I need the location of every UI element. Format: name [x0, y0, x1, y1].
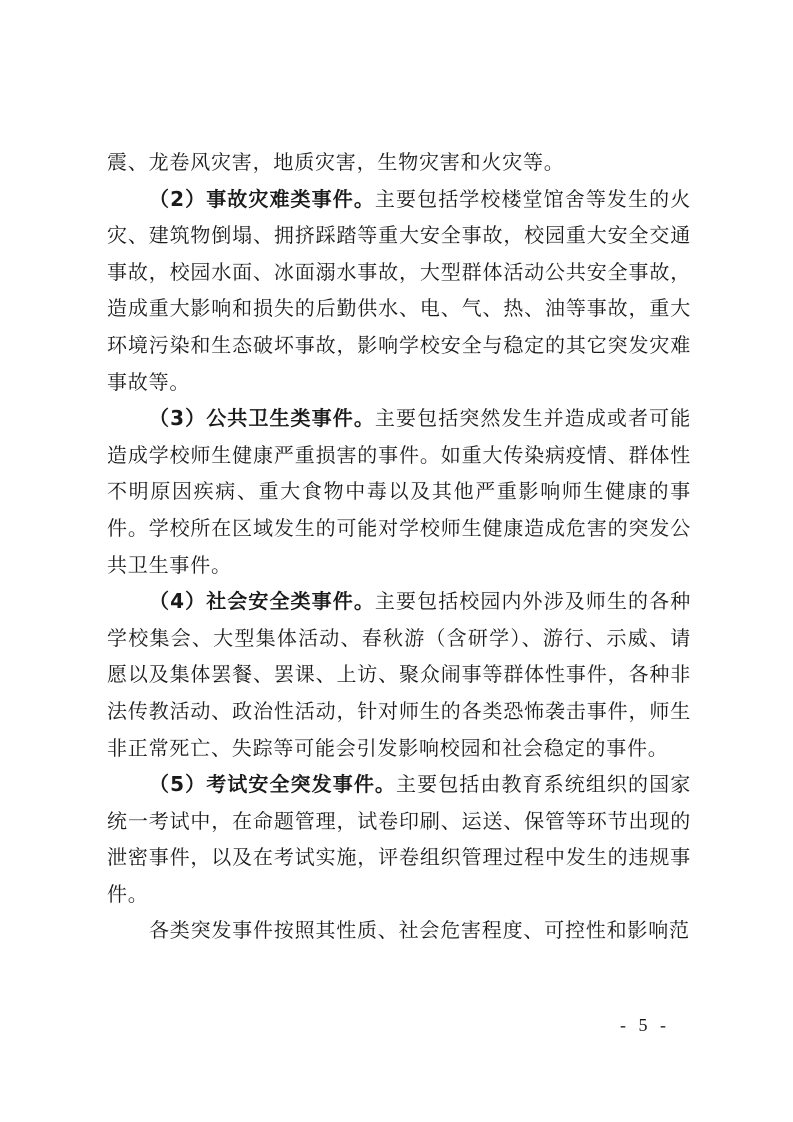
paragraph-text: 主要包括校园内外涉及师生的各种学校集会、大型集体活动、春秋游（含研学）、游行、示…	[107, 589, 691, 759]
paragraph-social-security: （4）社会安全类事件。主要包括校园内外涉及师生的各种学校集会、大型集体活动、春秋…	[107, 583, 691, 766]
paragraph-classification: 各类突发事件按照其性质、社会危害程度、可控性和影响范	[107, 912, 691, 949]
paragraph-text: 主要包括突然发生并造成或者可能造成学校师生健康严重损害的事件。如重大传染病疫情、…	[107, 406, 691, 576]
page-number: - 5 -	[620, 1015, 670, 1036]
paragraph-public-health: （3）公共卫生类事件。主要包括突然发生并造成或者可能造成学校师生健康严重损害的事…	[107, 400, 691, 583]
paragraph-exam-security: （5）考试安全突发事件。主要包括由教育系统组织的国家统一考试中，在命题管理，试卷…	[107, 766, 691, 912]
paragraph-heading: （4）社会安全类事件。	[149, 589, 375, 613]
paragraph-heading: （3）公共卫生类事件。	[149, 406, 375, 430]
paragraph-text: 各类突发事件按照其性质、社会危害程度、可控性和影响范	[149, 918, 690, 942]
paragraph-text: 震、龙卷风灾害，地质灾害，生物灾害和火灾等。	[107, 150, 565, 174]
paragraph-continuation: 震、龙卷风灾害，地质灾害，生物灾害和火灾等。	[107, 144, 691, 181]
paragraph-heading: （2）事故灾难类事件。	[149, 187, 375, 211]
paragraph-heading: （5）考试安全突发事件。	[149, 772, 396, 796]
document-body: 震、龙卷风灾害，地质灾害，生物灾害和火灾等。 （2）事故灾难类事件。主要包括学校…	[107, 144, 691, 949]
paragraph-accident-disasters: （2）事故灾难类事件。主要包括学校楼堂馆舍等发生的火灾、建筑物倒塌、拥挤踩踏等重…	[107, 181, 691, 401]
paragraph-text: 主要包括学校楼堂馆舍等发生的火灾、建筑物倒塌、拥挤踩踏等重大安全事故，校园重大安…	[107, 187, 691, 394]
